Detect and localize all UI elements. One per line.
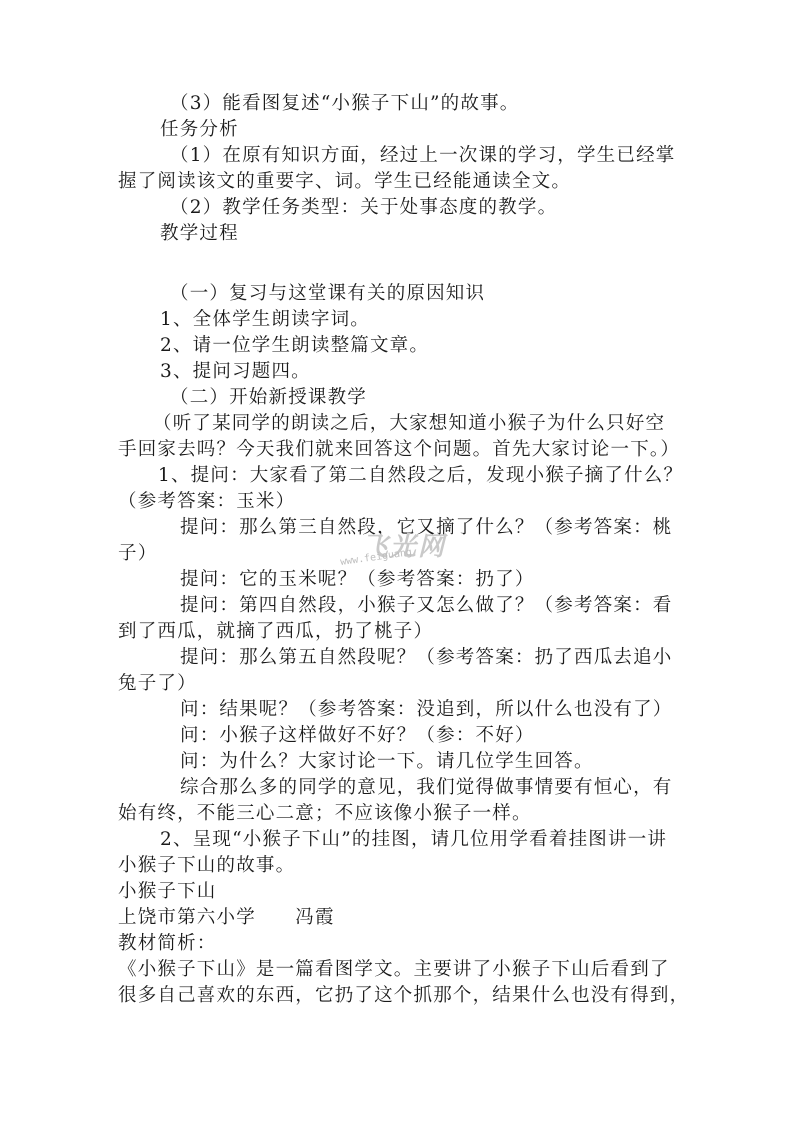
text-line: 问：结果呢？（参考答案：没追到，所以什么也没有了） bbox=[180, 697, 673, 723]
text-line: （1）在原有知识方面，经过上一次课的学习，学生已经掌 bbox=[170, 143, 675, 169]
text-line: 手回家去吗？今天我们就来回答这个问题。首先大家讨论一下。） bbox=[118, 437, 680, 463]
text-line: （一）复习与这堂课有关的原因知识 bbox=[170, 281, 485, 307]
text-line: 小猴子下山 bbox=[118, 879, 217, 905]
text-line: 任务分析 bbox=[160, 117, 239, 143]
text-line: 教材简析： bbox=[118, 931, 217, 957]
watermark-url: www.feiguang bbox=[340, 547, 413, 568]
text-line: 很多自己喜欢的东西，它扔了这个抓那个，结果什么也没有得到， bbox=[118, 983, 689, 1009]
text-line: 上饶市第六小学 冯霞 bbox=[118, 905, 335, 931]
text-line: （2）教学任务类型：关于处事态度的教学。 bbox=[170, 195, 557, 221]
text-line: 综合那么多的同学的意见，我们觉得做事情要有恒心，有 bbox=[180, 775, 673, 801]
text-line: 提问：那么第三自然段，它又摘了什么？（参考答案：桃 bbox=[180, 515, 673, 541]
text-line: 《小猴子下山》是一篇看图学文。主要讲了小猴子下山后看到了 bbox=[118, 957, 670, 983]
text-line: 握了阅读该文的重要字、词。学生已经能通读全文。 bbox=[118, 169, 571, 195]
text-line: 教学过程 bbox=[160, 221, 239, 247]
text-line: （听了某同学的朗读之后，大家想知道小猴子为什么只好空 bbox=[153, 411, 665, 437]
text-line: 提问：第四自然段，小猴子又怎么做了？（参考答案：看 bbox=[180, 593, 673, 619]
text-line: 1、提问：大家看了第二自然段之后，发现小猴子摘了什么？ bbox=[158, 463, 683, 489]
text-line: 问：为什么？大家讨论一下。请几位学生回答。 bbox=[180, 749, 594, 775]
text-line: 1、全体学生朗读字词。 bbox=[160, 307, 370, 333]
text-line: 子） bbox=[118, 541, 157, 567]
text-line: 提问：那么第五自然段呢？（参考答案：扔了西瓜去追小 bbox=[180, 645, 673, 671]
text-line: 小猴子下山的故事。 bbox=[118, 853, 295, 879]
text-line: 到了西瓜，就摘了西瓜，扔了桃子） bbox=[118, 619, 433, 645]
text-line: 2、请一位学生朗读整篇文章。 bbox=[160, 333, 429, 359]
document-page: （3）能看图复述“小猴子下山”的故事。任务分析（1）在原有知识方面，经过上一次课… bbox=[0, 0, 793, 1122]
text-line: 3、提问习题四。 bbox=[160, 359, 311, 385]
text-line: （3）能看图复述“小猴子下山”的故事。 bbox=[170, 91, 520, 117]
text-line: 问：小猴子这样做好不好？（参：不好） bbox=[180, 723, 535, 749]
text-line: （二）开始新授课教学 bbox=[170, 385, 367, 411]
text-line: 提问：它的玉米呢？（参考答案：扔了） bbox=[180, 567, 535, 593]
text-line: 兔子了） bbox=[118, 671, 197, 697]
text-line: （参考答案：玉米） bbox=[118, 489, 295, 515]
text-line: 2、呈现“小猴子下山”的挂图，请几位用学看着挂图讲一讲 bbox=[160, 827, 667, 853]
text-line: 始有终，不能三心二意；不应该像小猴子一样。 bbox=[118, 801, 532, 827]
